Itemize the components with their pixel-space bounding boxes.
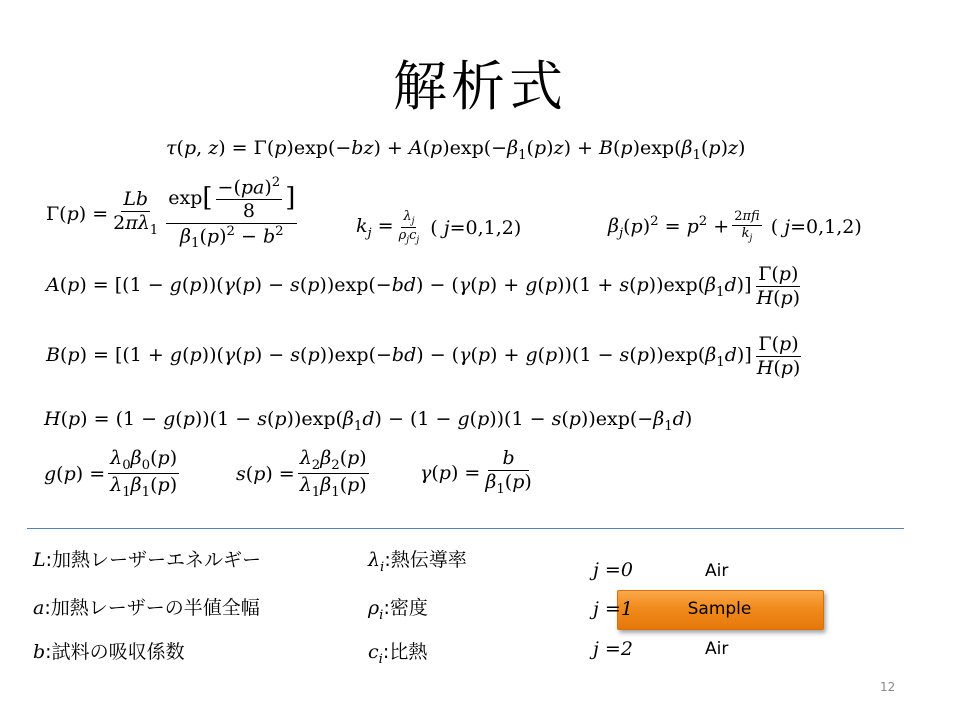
equation-gamma: γ(p) = bβ1(p) [420,448,537,498]
page-number: 12 [880,680,895,694]
legend-item-lambda: λi:熱伝導率 [368,545,467,575]
section-divider [27,528,904,529]
layer-index-2: j =2 [593,638,633,660]
layer-index-0: j =0 [593,559,633,581]
legend-item-l: L:加熱レーザーエネルギー [33,545,261,572]
equation-beta-j: βj(p)2 = p2 + 2πfikj ( j=0,1,2) [608,210,862,244]
equation-g: g(p) = λ0β0(p)λ1β1(p) [44,448,182,501]
equation-k-j: kj = λjρjcj ( j=0,1,2) [356,210,521,247]
layer-material-0: Air [705,561,728,581]
layer-material-1: Sample [617,590,822,628]
slide-title: 解析式 [0,52,960,122]
legend-item-rho: ρi:密度 [368,593,428,623]
layer-material-2: Air [705,639,728,659]
equation-gamma-cap: Γ(p) = Lb2πλ1 exp[ −(pa)28] β1(p)2 − b2 [46,175,300,252]
equation-h: H(p) = (1 − g(p))(1 − s(p))exp(β1d) − (1… [44,408,692,434]
equation-tau: τ(p, z) = Γ(p)exp(−bz) + A(p)exp(−β1(p)z… [166,137,745,163]
legend-item-b: b:試料の吸収係数 [33,637,185,664]
legend-item-a: a:加熱レーザーの半値全幅 [33,593,260,620]
equation-b: B(p) = [(1 + g(p))(γ(p) − s(p))exp(−bd) … [46,334,805,380]
equation-s: s(p) = λ2β2(p)λ1β1(p) [236,448,372,501]
legend-item-c: ci:比熱 [368,637,427,667]
equation-a: A(p) = [(1 − g(p))(γ(p) − s(p))exp(−bd) … [46,264,805,310]
